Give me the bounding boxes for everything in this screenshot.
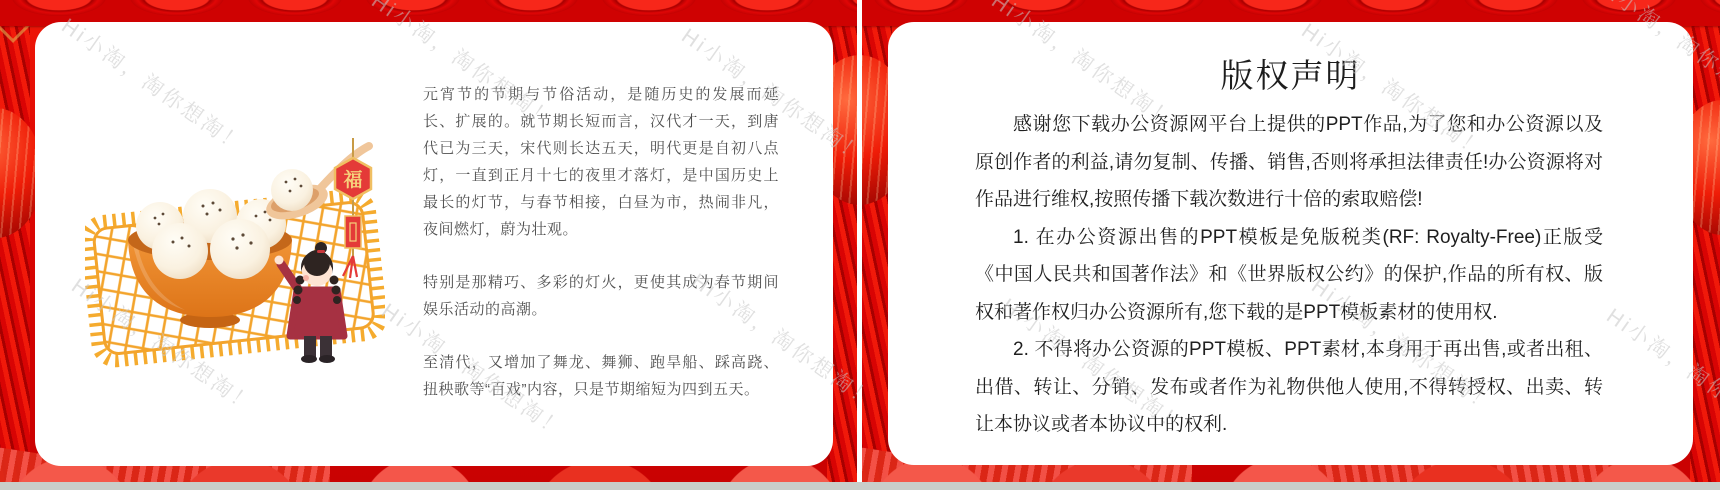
fu-character: 福 bbox=[343, 169, 362, 191]
slide-preview-festival[interactable]: 福 bbox=[0, 0, 857, 482]
festival-paragraph-3: 至清代，又增加了舞龙、舞狮、跑旱船、踩高跷、扭秧歌等“百戏”内容，只是节期缩短为… bbox=[423, 349, 779, 403]
ppt-preview-page: 福 bbox=[0, 0, 1720, 490]
slide-gutter bbox=[857, 0, 862, 482]
curtain-drape-right bbox=[1690, 0, 1720, 482]
copyright-text-block: 感谢您下载办公资源网平台上提供的PPT作品,为了您和办公资源以及原创作者的利益,… bbox=[975, 106, 1603, 444]
festival-paragraph-2: 特别是那精巧、多彩的灯火，更使其成为春节期间娱乐活动的高潮。 bbox=[423, 269, 779, 323]
festival-text-block: 元宵节的节期与节俗活动，是随历史的发展而延长、扩展的。就节期长短而言，汉代才一天… bbox=[423, 81, 779, 429]
curtain-drape-left bbox=[0, 0, 30, 482]
tangyuan-illustration: 福 bbox=[85, 120, 385, 370]
copyright-paragraph-3: 2. 不得将办公资源的PPT模板、PPT素材,本身用于再出售,或者出租、出借、转… bbox=[975, 331, 1603, 444]
copyright-paragraph-2: 1. 在办公资源出售的PPT模板是免版税类(RF: Royalty-Free)正… bbox=[975, 219, 1603, 332]
festival-paragraph-1: 元宵节的节期与节俗活动，是随历史的发展而延长、扩展的。就节期长短而言，汉代才一天… bbox=[423, 81, 779, 243]
copyright-paragraph-1: 感谢您下载办公资源网平台上提供的PPT作品,为了您和办公资源以及原创作者的利益,… bbox=[975, 106, 1603, 219]
copyright-title: 版权声明 bbox=[888, 50, 1693, 97]
slide-preview-copyright[interactable]: 版权声明 感谢您下载办公资源网平台上提供的PPT作品,为了您和办公资源以及原创作… bbox=[862, 0, 1720, 482]
footer-bar bbox=[0, 482, 1720, 490]
